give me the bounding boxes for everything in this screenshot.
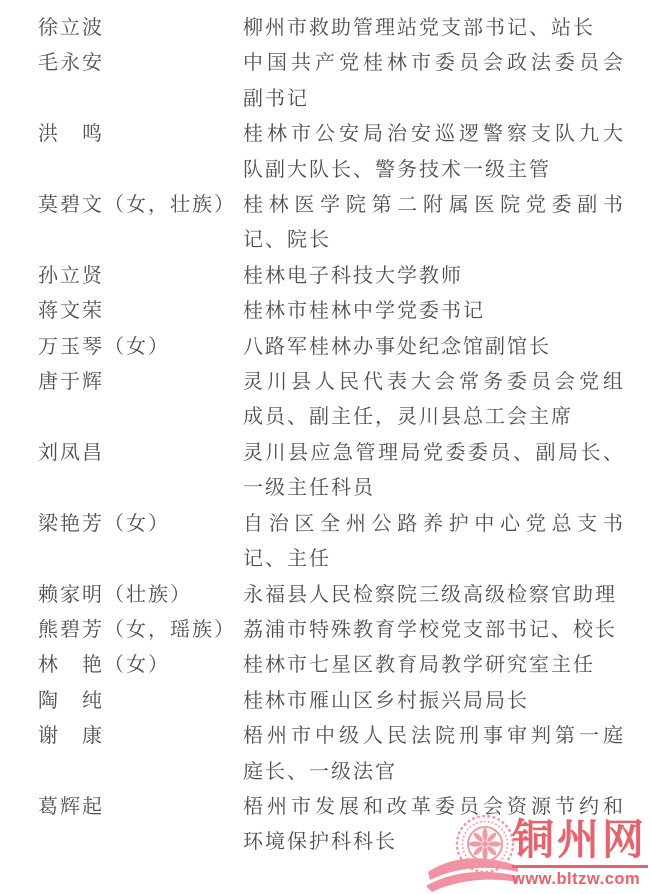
person-name: 谢 康	[38, 719, 243, 754]
person-name: 唐于辉	[38, 365, 243, 400]
person-position: 桂林市七星区教育局教学研究室主任	[243, 648, 628, 683]
position-line: 永福县人民检察院三级高级检察官助理	[243, 578, 625, 613]
watermark-site-name: 铜州网	[512, 818, 652, 862]
list-row: 蒋文荣 桂林市桂林中学党委书记	[38, 294, 628, 329]
position-line: 桂林市七星区教育局教学研究室主任	[243, 648, 625, 683]
position-line: 一级主任科员	[243, 471, 625, 506]
person-position: 桂林医学院第二附属医院党委副书记、院长	[243, 188, 628, 259]
award-list: 徐立波 柳州市救助管理站党支部书记、站长 毛永安 中国共产党桂林市委员会政法委员…	[38, 11, 628, 861]
person-position: 桂林市雁山区乡村振兴局局长	[243, 684, 628, 719]
list-row: 赖家明（壮族） 永福县人民检察院三级高级检察官助理	[38, 578, 628, 613]
position-line: 桂林电子科技大学教师	[243, 259, 625, 294]
watermark-logo-icon	[424, 808, 520, 894]
position-line: 灵川县人民代表大会常务委员会党组	[243, 365, 625, 400]
position-line: 桂林市桂林中学党委书记	[243, 294, 625, 329]
person-position: 柳州市救助管理站党支部书记、站长	[243, 11, 628, 46]
person-position: 灵川县应急管理局党委委员、副局长、一级主任科员	[243, 436, 628, 507]
position-line: 桂林市雁山区乡村振兴局局长	[243, 684, 625, 719]
list-row: 唐于辉 灵川县人民代表大会常务委员会党组成员、副主任，灵川县总工会主席	[38, 365, 628, 436]
person-position: 八路军桂林办事处纪念馆副馆长	[243, 330, 628, 365]
watermark-rule	[512, 865, 648, 868]
person-name: 万玉琴（女）	[38, 330, 243, 365]
position-line: 梧州市中级人民法院刑事审判第一庭	[243, 719, 625, 754]
position-line: 记、院长	[243, 223, 625, 258]
list-row: 刘凤昌 灵川县应急管理局党委委员、副局长、一级主任科员	[38, 436, 628, 507]
person-position: 桂林市公安局治安巡逻警察支队九大队副大队长、警务技术一级主管	[243, 117, 628, 188]
position-line: 庭长、一级法官	[243, 755, 625, 790]
watermark-text: 铜州网 www.bltzw.com	[512, 818, 652, 889]
person-position: 荔浦市特殊教育学校党支部书记、校长	[243, 613, 628, 648]
person-name: 徐立波	[38, 11, 243, 46]
person-name: 赖家明（壮族）	[38, 578, 243, 613]
person-name: 孙立贤	[38, 259, 243, 294]
person-name: 葛辉起	[38, 790, 243, 825]
list-row: 毛永安 中国共产党桂林市委员会政法委员会副书记	[38, 46, 628, 117]
position-line: 队副大队长、警务技术一级主管	[243, 153, 625, 188]
position-line: 柳州市救助管理站党支部书记、站长	[243, 11, 625, 46]
position-line: 中国共产党桂林市委员会政法委员会	[243, 46, 625, 81]
person-name: 洪 鸣	[38, 117, 243, 152]
person-position: 自治区全州公路养护中心党总支书记、主任	[243, 507, 628, 578]
list-row: 陶 纯 桂林市雁山区乡村振兴局局长	[38, 684, 628, 719]
position-line: 成员、副主任，灵川县总工会主席	[243, 400, 625, 435]
position-line: 灵川县应急管理局党委委员、副局长、	[243, 436, 625, 471]
position-line: 副书记	[243, 82, 625, 117]
person-name: 莫碧文（女，壮族）	[38, 188, 243, 223]
person-name: 蒋文荣	[38, 294, 243, 329]
position-line: 记、主任	[243, 542, 625, 577]
person-name: 熊碧芳（女，瑶族）	[38, 613, 243, 648]
person-name: 刘凤昌	[38, 436, 243, 471]
list-row: 莫碧文（女，壮族） 桂林医学院第二附属医院党委副书记、院长	[38, 188, 628, 259]
position-line: 八路军桂林办事处纪念馆副馆长	[243, 330, 625, 365]
person-position: 桂林电子科技大学教师	[243, 259, 628, 294]
watermark-site-url: www.bltzw.com	[512, 870, 652, 889]
list-row: 熊碧芳（女，瑶族） 荔浦市特殊教育学校党支部书记、校长	[38, 613, 628, 648]
list-row: 孙立贤 桂林电子科技大学教师	[38, 259, 628, 294]
list-row: 林 艳（女） 桂林市七星区教育局教学研究室主任	[38, 648, 628, 683]
person-name: 梁艳芳（女）	[38, 507, 243, 542]
person-position: 灵川县人民代表大会常务委员会党组成员、副主任，灵川县总工会主席	[243, 365, 628, 436]
list-row: 万玉琴（女） 八路军桂林办事处纪念馆副馆长	[38, 330, 628, 365]
person-position: 中国共产党桂林市委员会政法委员会副书记	[243, 46, 628, 117]
list-row: 洪 鸣 桂林市公安局治安巡逻警察支队九大队副大队长、警务技术一级主管	[38, 117, 628, 188]
position-line: 桂林医学院第二附属医院党委副书	[243, 188, 625, 223]
list-row: 徐立波 柳州市救助管理站党支部书记、站长	[38, 11, 628, 46]
person-name: 林 艳（女）	[38, 648, 243, 683]
person-position: 永福县人民检察院三级高级检察官助理	[243, 578, 628, 613]
person-position: 梧州市中级人民法院刑事审判第一庭庭长、一级法官	[243, 719, 628, 790]
document-page: 徐立波 柳州市救助管理站党支部书记、站长 毛永安 中国共产党桂林市委员会政法委员…	[0, 0, 652, 894]
position-line: 桂林市公安局治安巡逻警察支队九大	[243, 117, 625, 152]
position-line: 自治区全州公路养护中心党总支书	[243, 507, 625, 542]
person-name: 毛永安	[38, 46, 243, 81]
person-position: 桂林市桂林中学党委书记	[243, 294, 628, 329]
position-line: 荔浦市特殊教育学校党支部书记、校长	[243, 613, 625, 648]
list-row: 梁艳芳（女） 自治区全州公路养护中心党总支书记、主任	[38, 507, 628, 578]
list-row: 谢 康 梧州市中级人民法院刑事审判第一庭庭长、一级法官	[38, 719, 628, 790]
person-name: 陶 纯	[38, 684, 243, 719]
watermark: 铜州网 www.bltzw.com	[424, 808, 652, 894]
